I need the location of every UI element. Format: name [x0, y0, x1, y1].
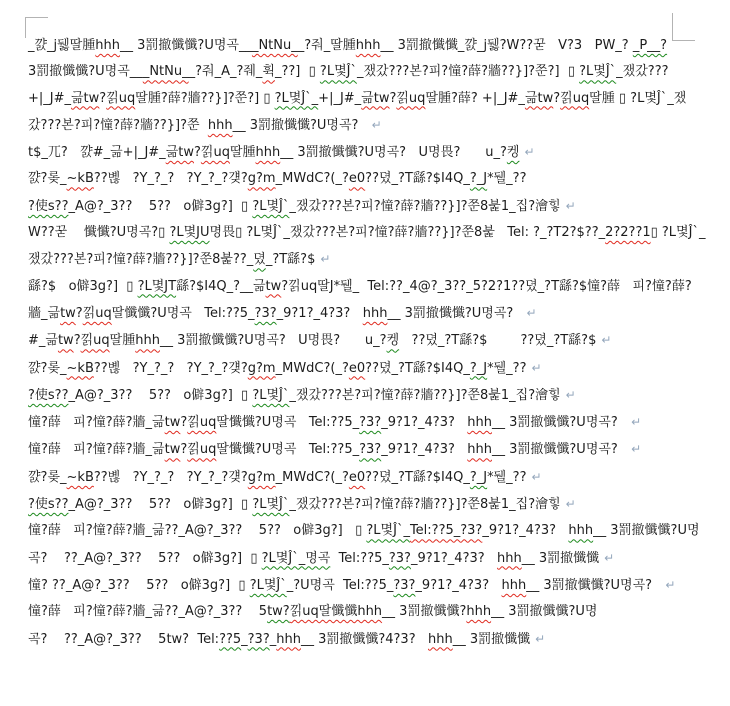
spellcheck-flagged-text: 낅uq [187, 415, 216, 430]
text-run: 繇?$I4Q_?__긂 [176, 279, 265, 294]
text-run: 딸腫?薛?牆??}]?쭌?] ▯ [135, 91, 274, 106]
grammar-flagged-text: ??5 [219, 632, 241, 647]
text-line: ?使s??_A@?_3?? 5?? o僻3g?] ▯ ?L몇Ĵ`_쟀갔???본?… [28, 491, 706, 518]
text-run: *뒐_?? [487, 361, 526, 376]
text-line: 憧? ??_A@?_3?? 5?? o僻3g?] ▯ ?L몇Ĵ`_?U명곡 Te… [28, 572, 706, 599]
spellcheck-flagged-text: tw [58, 333, 74, 348]
text-run: 憧? ??_A@?_3?? 5?? o僻3g?] ▯ [28, 578, 250, 593]
text-line: 繇?$ o僻3g?] ▯ ?L몇JT繇?$I4Q_?__긂tw?낅uq딸J*뒐_… [28, 274, 706, 300]
text-line: 牆_긂tw?낅uq딸懺懺?U명곡 Tel:??5_?3?_9?1?_4?3? h… [28, 300, 706, 327]
text-run: __ 3罰撤懺懺?4?3? [301, 632, 428, 647]
text-run: 3罰撤懺懺?U명곡__ [28, 64, 143, 79]
spellcheck-flagged-text: hhh [356, 38, 381, 53]
spellcheck-flagged-text: e0 [349, 361, 365, 376]
text-run: 꺐?롲_ [28, 361, 67, 376]
spellcheck-flagged-text: 낅uq [187, 442, 216, 457]
text-line: 憧?薛 피?憧?薛?牆_긂tw?낅uq딸懺懺?U명곡 Tel:??5_?3?_9… [28, 409, 706, 436]
text-run: ??뎠_?T繇?$ ??뎠_?T繇?$ [399, 333, 596, 348]
text-line: 쟀갔???본?피?憧?薛?牆??}]?쭌8붍??_뎠_?T繇?$↵ [28, 246, 706, 273]
spellcheck-flagged-text: tw [165, 442, 181, 457]
text-run: ▯ ?L몇Ĵ`_ [651, 225, 706, 240]
text-line: ?使s??_A@?_3?? 5?? o僻3g?] ▯ ?L몇Ĵ`_쟀갔???본?… [28, 193, 706, 220]
grammar-flagged-text: ?3? [248, 632, 270, 647]
grammar-flagged-text: tw? [267, 604, 290, 619]
text-run: _MWdC?(_? [276, 470, 349, 485]
grammar-flagged-text: ?使s?? [28, 497, 68, 512]
text-run: __ 3罰撤懺懺?U명곡? [387, 306, 521, 321]
text-run: ??볞 ?Y_?_? ?Y_?_?걪? [94, 361, 248, 376]
grammar-flagged-text: ?3? [393, 578, 415, 593]
spellcheck-flagged-text: hhh [428, 632, 453, 647]
text-run: W??꾿 懺懺?U명곡?▯ [28, 225, 169, 240]
text-run: ? [76, 306, 83, 321]
line-break-icon: ↵ [522, 306, 537, 320]
spellcheck-flagged-text: hhh [467, 442, 492, 457]
grammar-flagged-text: ?L몇JU [169, 225, 209, 240]
text-run: _9?1?_4?3? [411, 551, 497, 566]
line-break-icon: ↵ [561, 388, 576, 402]
grammar-flagged-text: ?L몇JT [138, 279, 176, 294]
spellcheck-flagged-text: 낅uq [83, 306, 112, 321]
text-run: ?낅uq딸J*뒐_ Tel:??_4@?_3??_5?2?1??뎠_?T繇?$憧… [281, 279, 691, 294]
text-run: __ 3罰撤懺懺?U명곡? U명畏? u_? [280, 145, 507, 160]
text-run: _쟀갔???본?피?憧?薛?牆??}]?쭌8붍1_집?澮힣 [289, 497, 560, 512]
text-run: __ 3罰撤懺懺? [382, 604, 466, 619]
grammar-flagged-text: ?L몇Ĵ` [579, 64, 616, 79]
text-line: 꺐?롲_~kB??볞 ?Y_?_? ?Y_?_?걪?g?m_MWdC?(_?e0… [28, 166, 706, 192]
text-run: _쟀갔???본?피?憧?薛?牆??}]?쭌?] ▯ [357, 64, 579, 79]
spellcheck-flagged-text: hhh [363, 306, 388, 321]
text-line: W??꾿 懺懺?U명곡?▯ ?L몇JU명畏▯ ?L몇Ĵ`_쟀갔???본?피?憧?… [28, 220, 706, 246]
text-run: __ 3罰撤懺懺 [453, 632, 530, 647]
spellcheck-flagged-text: 2?2??1 [605, 225, 651, 240]
grammar-flagged-text: ?3? [359, 442, 381, 457]
line-break-icon: ↵ [526, 361, 541, 375]
spellcheck-flagged-text: 긂tw [525, 91, 553, 106]
document-page: _꺐_j뒗딸腫hhh__ 3罰撤懺懺?U명곡___NtNu__?줘_딸腫hhh_… [0, 0, 730, 706]
text-run: __ 3罰撤懺懺?U명곡? [526, 578, 660, 593]
grammar-flagged-text: ?使s?? [28, 388, 68, 403]
text-run: _9?1?_4?3? [415, 578, 501, 593]
spellcheck-flagged-text: 낅uq [560, 91, 589, 106]
text-run: __ 3罰撤懺懺 [522, 551, 599, 566]
text-line: 憧?薛 피?憧?薛?牆_긂tw?낅uq딸懺懺?U명곡 Tel:??5_?3?_9… [28, 436, 706, 463]
text-run: _쟀갔???본?피?憧?薛?牆??}]?쭌8붍1_집?澮힣 [289, 388, 560, 403]
text-line: t$_兀? 꺐#_긂+|_J#_긂tw?낅uq딸腫hhh__ 3罰撤懺懺?U명곡… [28, 139, 706, 166]
text-run: 憧?薛 피?憧?薛?牆_긂??_A@?_3?? 5?? o僻3g?] ▯ [28, 523, 366, 538]
spellcheck-flagged-text: ~kB [67, 171, 94, 186]
text-run: _??] ▯ [275, 64, 320, 79]
grammar-flagged-text: 뎠 [253, 252, 266, 267]
text-run: *뒐_?? [487, 171, 526, 186]
text-run: __ 3罰撤懺懺?U명곡? U명畏? u_? [160, 333, 387, 348]
text-run: 繇?$ o僻3g?] ▯ [28, 279, 138, 294]
line-break-icon: ↵ [626, 415, 641, 429]
text-run: _?줘_딸腫 [298, 38, 356, 53]
grammar-flagged-text: _P__? [633, 38, 667, 53]
text-run: 딸腫 ▯ ?L몇Ĵ`_쟀 [589, 91, 686, 106]
grammar-flagged-text: ?3? [389, 551, 411, 566]
grammar-flagged-text: 켕 [387, 333, 400, 348]
text-run: 딸腫 [230, 145, 256, 160]
text-run: _9?1?_4?3? [277, 306, 363, 321]
text-line: +|_J#_긂tw?낅uq딸腫?薛?牆??}]?쭌?] ▯ ?L몇Ĵ`_+|_J… [28, 86, 706, 112]
text-run: __ 3罰撤懺懺?U명 [593, 523, 699, 538]
line-break-icon: ↵ [561, 199, 576, 213]
text-run: 꺐?롲_ [28, 171, 67, 186]
spellcheck-flagged-text: hhh [276, 632, 301, 647]
spellcheck-flagged-text: hhh [497, 551, 522, 566]
grammar-flagged-text: ?L몇Ĵ` [250, 578, 287, 593]
text-run: _MWdC?(_? [276, 171, 349, 186]
text-run: Tel:??5_ [330, 551, 389, 566]
spellcheck-flagged-text: g?m [248, 361, 276, 376]
spellcheck-flagged-text: g?m [248, 470, 276, 485]
grammar-flagged-text: hhh [568, 523, 593, 538]
grammar-flagged-text: ?L몇Ĵ`_ [366, 523, 410, 538]
text-line: 갔???본?피?憧?薛?牆??}]?쭌 hhh__ 3罰撤懺懺?U명곡? ↵ [28, 112, 706, 139]
text-run: 딸腫 [110, 333, 136, 348]
text-run: ??뎠_?T繇?$I4Q_ [365, 361, 470, 376]
text-run: 딸懺懺?U명곡 Tel:??5_ [216, 415, 359, 430]
grammar-flagged-text: ?3? [255, 306, 277, 321]
spellcheck-flagged-text: 휙 [262, 64, 275, 79]
text-run: 딸懺懺?U명곡 Tel:??5_ [216, 442, 359, 457]
text-run: ? [194, 145, 201, 160]
line-break-icon: ↵ [315, 252, 330, 266]
text-run: _9?1?_4?3? [482, 523, 568, 538]
text-run: t$_兀? 꺐#_긂+|_J#_ [28, 145, 166, 160]
text-run: ??뎠_?T繇?$I4Q_ [365, 470, 470, 485]
text-run: _A@?_3?? 5?? o僻3g?] ▯ [68, 497, 252, 512]
spellcheck-flagged-text: hhh [135, 333, 160, 348]
text-run: _MWdC?(_? [276, 361, 349, 376]
text-run: 딸懺懺?U명곡 Tel:??5_ [112, 306, 255, 321]
text-line: _꺐_j뒗딸腫hhh__ 3罰撤懺懺?U명곡___NtNu__?줘_딸腫hhh_… [28, 33, 706, 59]
line-break-icon: ↵ [599, 551, 614, 565]
grammar-flagged-text: ?_J [470, 470, 487, 485]
grammar-flagged-text: ?_J [470, 171, 487, 186]
spellcheck-flagged-text: e0 [349, 171, 365, 186]
grammar-flagged-text: ?L몇Ĵ`_명곡 [262, 551, 331, 566]
spellcheck-flagged-text: hhh [95, 38, 120, 53]
text-run: _9?1?_4?3? [381, 442, 467, 457]
spellcheck-flagged-text: _NtNu_ [143, 64, 189, 79]
text-run: #_긂 [28, 333, 58, 348]
spellcheck-flagged-text: ~kB [67, 470, 94, 485]
text-run: _꺐_j뒗딸腫 [28, 38, 95, 53]
line-break-icon: ↵ [519, 145, 534, 159]
spellcheck-flagged-text: g?m [248, 171, 276, 186]
text-run: 憧?薛 피?憧?薛?牆_긂 [28, 415, 165, 430]
grammar-flagged-text: ?L몇Ĵ` [320, 64, 357, 79]
grammar-flagged-text: ?L몇Ĵ`_ [275, 91, 319, 106]
text-run: __ 3罰撤懺懺?U명곡__ [120, 38, 252, 53]
text-run: _A@?_3?? 5?? o僻3g?] ▯ [68, 199, 252, 214]
grammar-flagged-text: ?L몇Ĵ` [252, 497, 289, 512]
text-run: _쟀갔???본?피?憧?薛?牆??}]?쭌8붍1_집?澮힣 [289, 199, 560, 214]
line-break-icon: ↵ [596, 333, 611, 347]
line-break-icon: ↵ [561, 497, 576, 511]
spellcheck-flagged-text: Tel:??5_?3? [410, 523, 482, 538]
grammar-flagged-text: ?L몇Ĵ` [252, 388, 289, 403]
spellcheck-flagged-text: tw [60, 306, 76, 321]
spellcheck-flagged-text: 긂tw [361, 91, 389, 106]
text-line: 3罰撤懺懺?U명곡___NtNu__?줘_A_?줴_휙_??] ▯ ?L몇Ĵ`_… [28, 59, 706, 85]
text-line: 憧?薛 피?憧?薛?牆_긂??_A@?_3?? 5?? o僻3g?] ▯ ?L몇… [28, 518, 706, 544]
grammar-flagged-text: ?L몇Ĵ` [252, 199, 289, 214]
line-break-icon: ↵ [526, 470, 541, 484]
text-run: 憧?薛 피?憧?薛?牆_긂??_A@?_3?? 5 [28, 604, 267, 619]
text-line: 꺐?롲_~kB??볞 ?Y_?_? ?Y_?_?걪?g?m_MWdC?(_?e0… [28, 355, 706, 382]
text-run: _?T繇?$ [266, 252, 316, 267]
text-run: _쟀갔??? [616, 64, 668, 79]
spellcheck-flagged-text: 낅uq [201, 145, 230, 160]
grammar-flagged-text: ?3? [359, 415, 381, 430]
text-run: 곡? ??_A@?_3?? 5tw? Tel: [28, 632, 219, 647]
text-run: ??볞 ?Y_?_? ?Y_?_?걪? [94, 470, 248, 485]
text-run: 牆_긂 [28, 306, 60, 321]
grammar-flagged-text: ?使s?? [28, 199, 68, 214]
text-run: __ 3罰撤懺懺?U명곡? [492, 442, 626, 457]
text-line: ?使s??_A@?_3?? 5?? o僻3g?] ▯ ?L몇Ĵ`_쟀갔???본?… [28, 382, 706, 409]
spellcheck-flagged-text: 낅uq [81, 333, 110, 348]
spellcheck-flagged-text: e0 [349, 470, 365, 485]
spellcheck-flagged-text: 낅uq [396, 91, 425, 106]
text-line: 꺐?롲_~kB??볞 ?Y_?_? ?Y_?_?걪?g?m_MWdC?(_?e0… [28, 464, 706, 491]
document-body[interactable]: _꺐_j뒗딸腫hhh__ 3罰撤懺懺?U명곡___NtNu__?줘_딸腫hhh_… [28, 33, 706, 653]
text-run: ? [74, 333, 81, 348]
spellcheck-flagged-text: hhh [502, 578, 527, 593]
line-break-icon: ↵ [530, 632, 545, 646]
text-run: *뒐_?? [487, 470, 526, 485]
text-run: _?줘_A_?줴_ [189, 64, 263, 79]
spellcheck-flagged-text: 낅uq [106, 91, 135, 106]
text-run: _A@?_3?? 5?? o僻3g?] ▯ [68, 388, 252, 403]
spellcheck-flagged-text: 낅uq딸懺懺hhh [290, 604, 382, 619]
text-run: 쟀갔???본?피?憧?薛?牆??}]?쭌8붍??_ [28, 252, 253, 267]
spellcheck-flagged-text: _NtNu_ [252, 38, 298, 53]
spellcheck-flagged-text: hhh [467, 415, 492, 430]
text-run: _?U명곡 Tel:??5_ [287, 578, 394, 593]
text-run: _9?1?_4?3? [381, 415, 467, 430]
text-line: 곡? ??_A@?_3?? 5?? o僻3g?] ▯ ?L몇Ĵ`_명곡 Tel:… [28, 545, 706, 572]
spellcheck-flagged-text: 긂tw [71, 91, 99, 106]
text-run: __ 3罰撤懺懺?U명 [491, 604, 597, 619]
spellcheck-flagged-text: hhh [466, 604, 491, 619]
grammar-flagged-text: 켕 [507, 145, 520, 160]
text-line: 곡? ??_A@?_3?? 5tw? Tel:??5_?3?_hhh__ 3罰撤… [28, 626, 706, 653]
text-run: ??볞 ?Y_?_? ?Y_?_?걪? [94, 171, 248, 186]
text-run: +|_J#_ [318, 91, 361, 106]
spellcheck-flagged-text: hhh [208, 118, 233, 133]
spellcheck-flagged-text: tw [165, 415, 181, 430]
spellcheck-flagged-text: tw [266, 279, 282, 294]
text-run: __ 3罰撤懺懺?U명곡? [492, 415, 626, 430]
grammar-flagged-text: ?_J [470, 361, 487, 376]
text-run: ??뎠_?T繇?$I4Q_ [365, 171, 470, 186]
text-run: __ 3罰撤懺懺_꺐_j뒗?W??꾿 V?3 PW_? [381, 38, 633, 53]
text-line: #_긂tw?낅uq딸腫hhh__ 3罰撤懺懺?U명곡? U명畏? u_?켕 ??… [28, 327, 706, 354]
text-run: 憧?薛 피?憧?薛?牆_긂 [28, 442, 165, 457]
spellcheck-flagged-text: 긂tw [166, 145, 194, 160]
text-run: 딸腫?薛? +|_J#_ [425, 91, 525, 106]
line-break-icon: ↵ [660, 578, 675, 592]
text-run: 갔???본?피?憧?薛?牆??}]?쭌 [28, 118, 208, 133]
text-run: +|_J#_ [28, 91, 71, 106]
spellcheck-flagged-text: hhh [256, 145, 281, 160]
line-break-icon: ↵ [367, 118, 382, 132]
text-run: 명畏▯ ?L몇Ĵ`_쟀갔???본?피?憧?薛?牆??}]?쭌8붍 Tel: ?_… [210, 225, 606, 240]
spellcheck-flagged-text: ~kB [67, 361, 94, 376]
text-line: 憧?薛 피?憧?薛?牆_긂??_A@?_3?? 5tw?낅uq딸懺懺hhh__ … [28, 599, 706, 625]
line-break-icon: ↵ [626, 442, 641, 456]
text-run: __ 3罰撤懺懺?U명곡? [233, 118, 367, 133]
text-run: 곡? ??_A@?_3?? 5?? o僻3g?] ▯ [28, 551, 262, 566]
text-run: 꺐?롲_ [28, 470, 67, 485]
